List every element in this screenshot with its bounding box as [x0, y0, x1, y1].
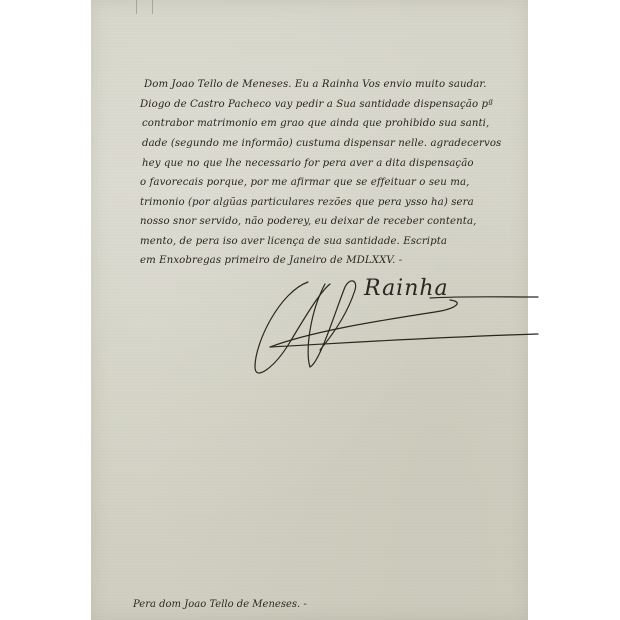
letter-line-1: Dom Joao Tello de Meneses. Eu a Rainha V…	[144, 78, 487, 90]
letter-line-2: Diogo de Castro Pacheco vay pedir a Sua …	[140, 98, 493, 110]
paper-mark	[136, 0, 137, 14]
letter-line-4: dade (segundo me informão) custuma dispe…	[142, 137, 501, 149]
paper-mark	[152, 0, 153, 14]
page: Dom Joao Tello de Meneses. Eu a Rainha V…	[0, 0, 620, 620]
letter-line-9: mento, de pera iso aver licença de sua s…	[140, 235, 447, 247]
letter-line-7: trimonio (por algũas particulares rezões…	[140, 196, 474, 208]
signature-name: Rainha	[364, 276, 449, 301]
letter-line-8: nosso snor servido, não poderey, eu deix…	[140, 215, 476, 227]
letter-line-5: hey que no que lhe necessario for pera a…	[142, 157, 474, 169]
letter-line-3: contrabor matrimonio em grao que ainda q…	[142, 117, 489, 129]
letter-address: Pera dom Joao Tello de Meneses. -	[133, 599, 307, 610]
letter-line-6: o favorecais porque, por me afirmar que …	[140, 176, 469, 188]
letter-line-10: em Enxobregas primeiro de Janeiro de MDL…	[140, 254, 402, 266]
